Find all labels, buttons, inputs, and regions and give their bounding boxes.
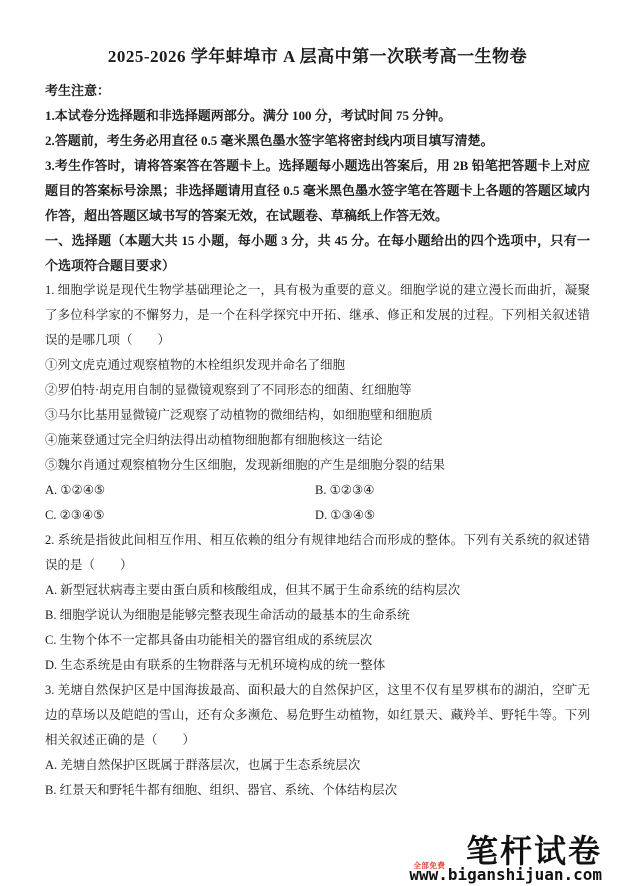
exam-paper-page: 2025-2026 学年蚌埠市 A 层高中第一次联考高一生物卷 考生注意： 1.… <box>0 0 627 886</box>
question-1-option-d: D. ①③④⑤ <box>315 503 590 528</box>
question-1-stem: 1. 细胞学说是现代生物学基础理论之一，具有极为重要的意义。细胞学说的建立漫长而… <box>45 278 590 353</box>
notice-item-1: 1.本试卷分选择题和非选择题两部分。满分 100 分，考试时间 75 分钟。 <box>45 103 590 128</box>
question-1-statement-3: ③马尔比基用显微镜广泛观察了动植物的微细结构，如细胞壁和细胞质 <box>45 403 590 428</box>
watermark-logo: 全部免费 笔杆试卷 www.biganshijuan.com <box>409 836 602 884</box>
question-3-option-a: A. 羌塘自然保护区既属于群落层次，也属于生态系统层次 <box>45 753 590 778</box>
question-1-statement-5: ⑤魏尔肖通过观察植物分生区细胞，发现新细胞的产生是细胞分裂的结果 <box>45 453 590 478</box>
question-3-stem: 3. 羌塘自然保护区是中国海拔最高、面积最大的自然保护区，这里不仅有星罗棋布的湖… <box>45 678 590 753</box>
notice-item-3: 3.考生作答时，请将答案答在答题卡上。选择题每小题选出答案后，用 2B 铅笔把答… <box>45 153 590 228</box>
question-2-option-b: B. 细胞学说认为细胞是能够完整表现生命活动的最基本的生命系统 <box>45 603 590 628</box>
section-1-header: 一、选择题（本题大共 15 小题，每小题 3 分，共 45 分。在每小题给出的四… <box>45 228 590 278</box>
question-1-options: A. ①②④⑤ B. ①②③④ C. ②③④⑤ D. ①③④⑤ <box>45 478 590 528</box>
watermark-free-label: 全部免费 <box>413 860 445 871</box>
question-3-option-b: B. 红景天和野牦牛都有细胞、组织、器官、系统、个体结构层次 <box>45 778 590 803</box>
question-1-option-c: C. ②③④⑤ <box>45 503 315 528</box>
question-2-option-a: A. 新型冠状病毒主要由蛋白质和核酸组成，但其不属于生命系统的结构层次 <box>45 578 590 603</box>
question-2-option-d: D. 生态系统是由有联系的生物群落与无机环境构成的统一整体 <box>45 653 590 678</box>
exam-title: 2025-2026 学年蚌埠市 A 层高中第一次联考高一生物卷 <box>45 44 590 70</box>
question-1-statement-4: ④施莱登通过完全归纳法得出动植物细胞都有细胞核这一结论 <box>45 428 590 453</box>
question-1-statement-1: ①列文虎克通过观察植物的木栓组织发现并命名了细胞 <box>45 353 590 378</box>
notice-header: 考生注意： <box>45 78 590 103</box>
question-2-option-c: C. 生物个体不一定都具备由功能相关的器官组成的系统层次 <box>45 628 590 653</box>
question-1-option-a: A. ①②④⑤ <box>45 478 315 503</box>
question-1-statement-2: ②罗伯特·胡克用自制的显微镜观察到了不同形态的细菌、红细胞等 <box>45 378 590 403</box>
question-2-stem: 2. 系统是指彼此间相互作用、相互依赖的组分有规律地结合而形成的整体。下列有关系… <box>45 528 590 578</box>
notice-item-2: 2.答题前，考生务必用直径 0.5 毫米黑色墨水签字笔将密封线内项目填写清楚。 <box>45 128 590 153</box>
question-1-option-b: B. ①②③④ <box>315 478 590 503</box>
